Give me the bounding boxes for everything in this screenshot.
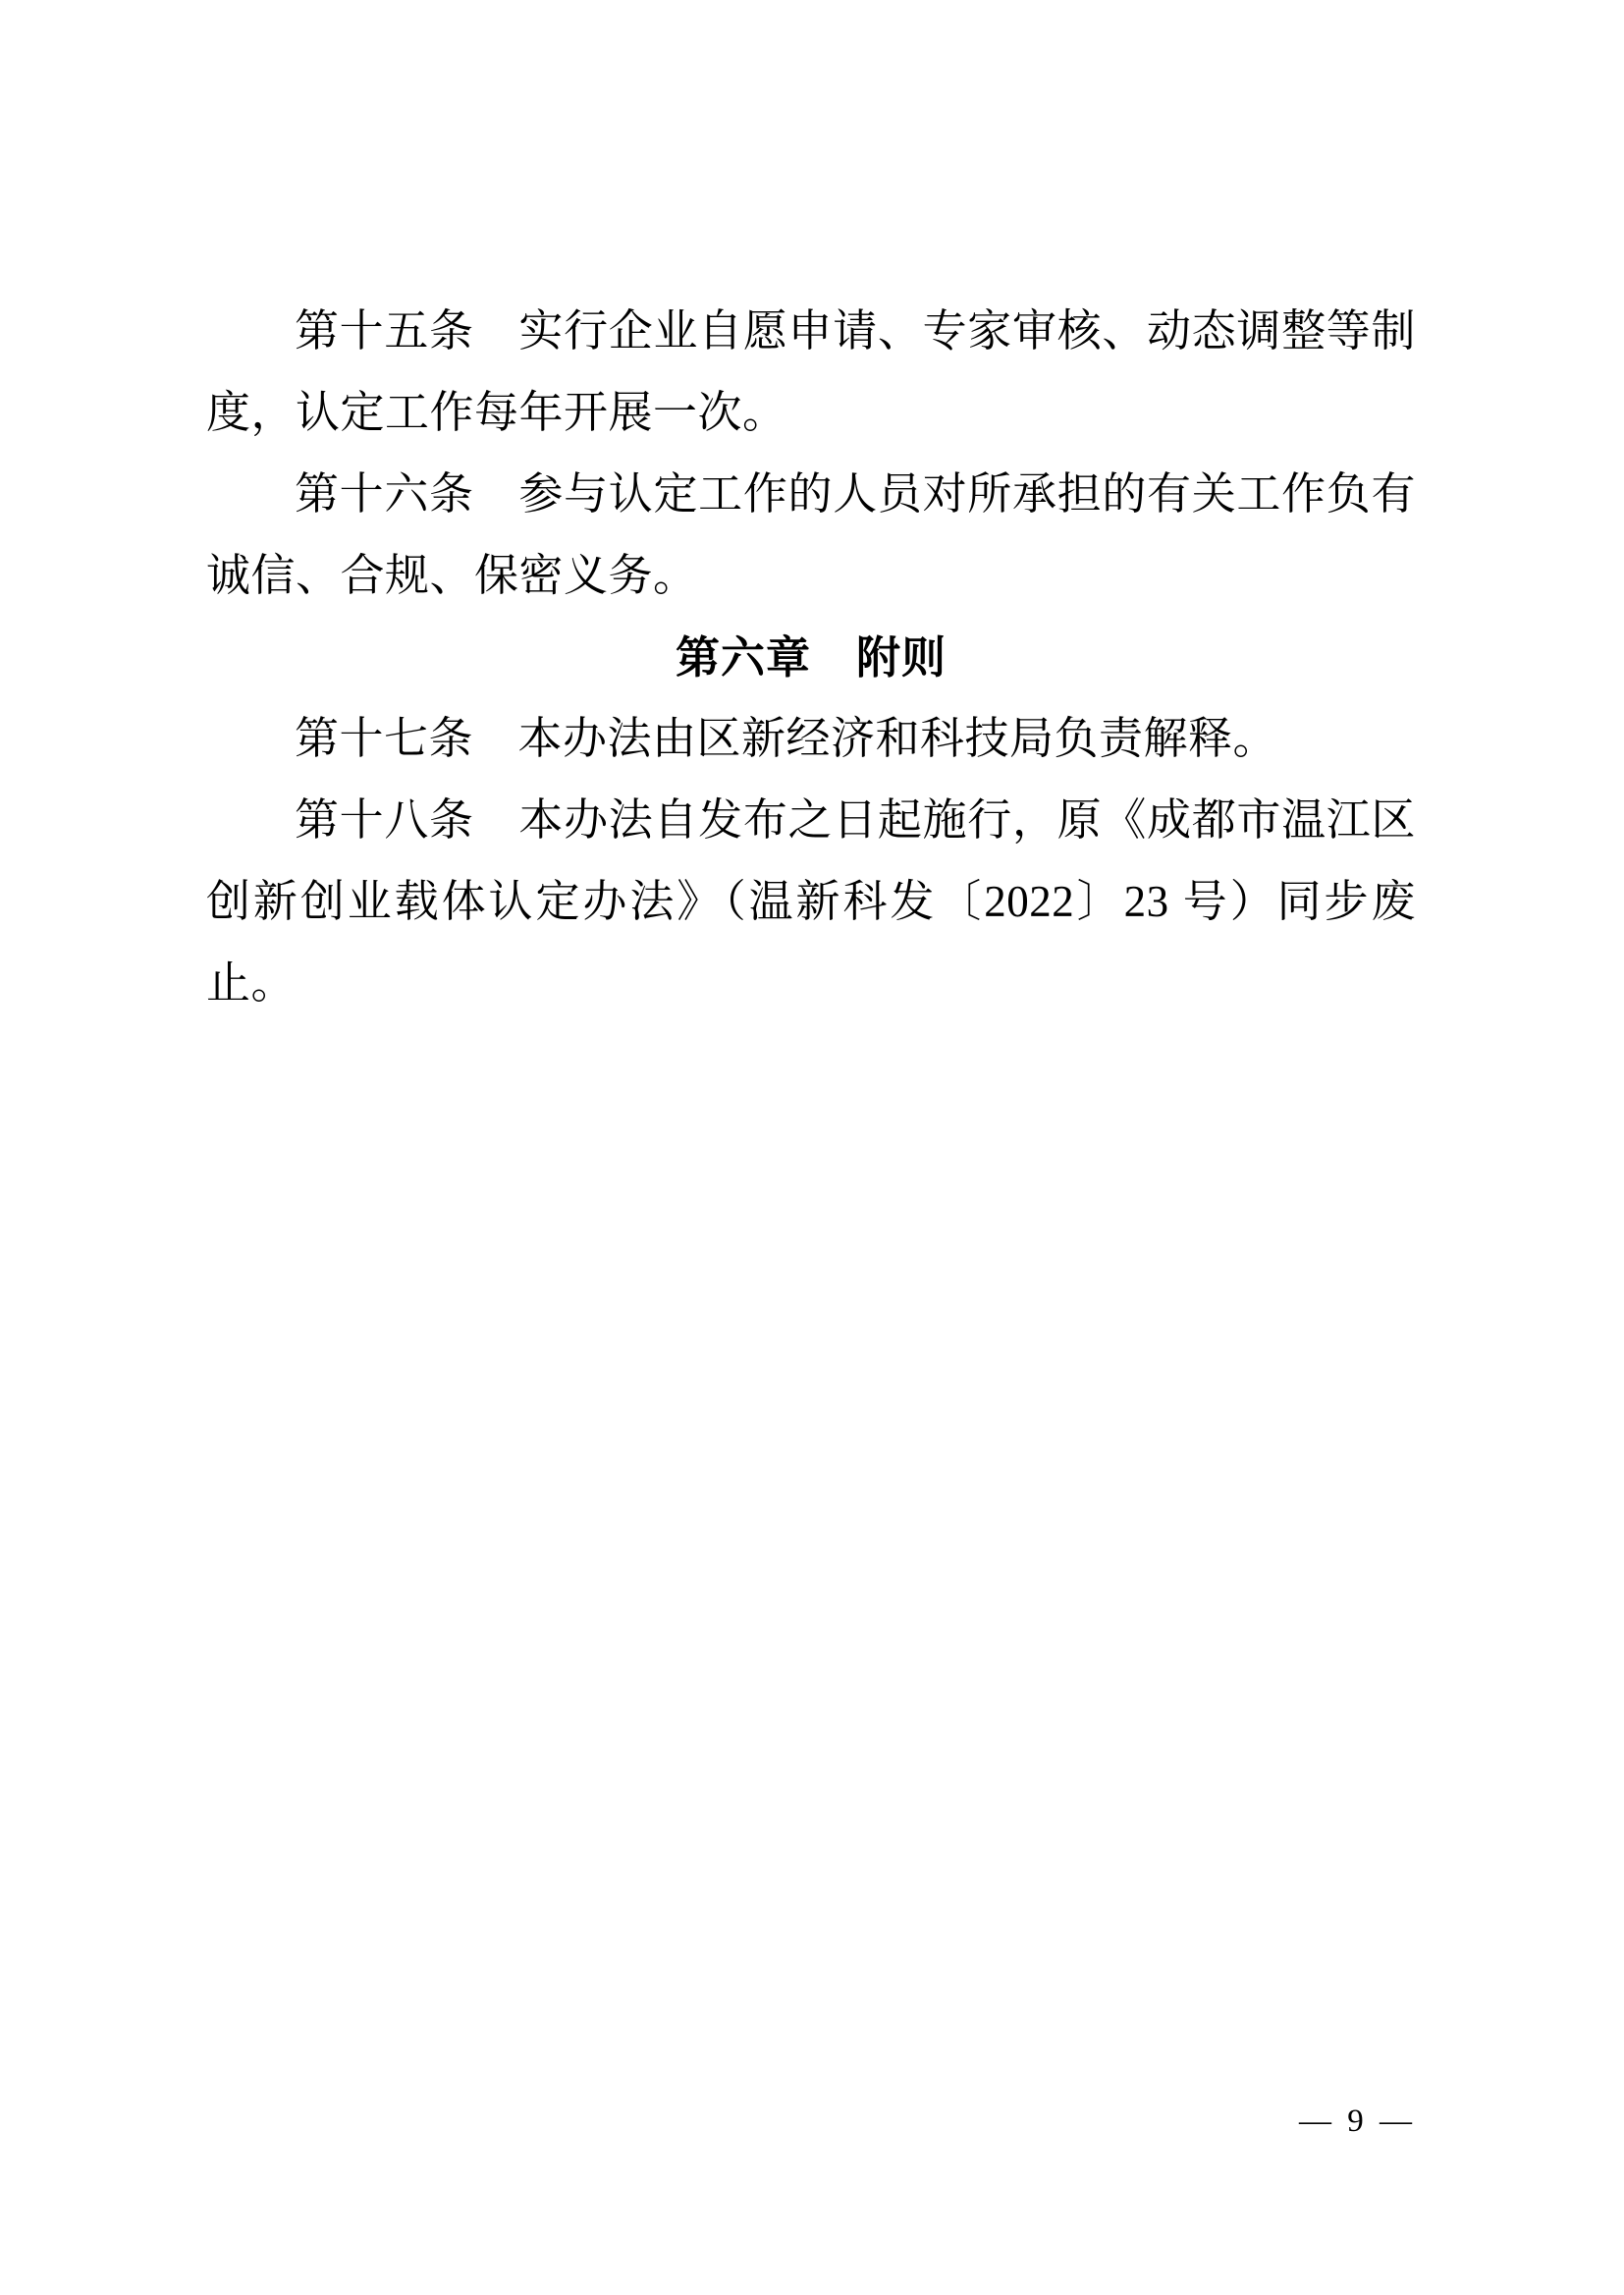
- chapter-6-heading: 第六章 附则: [206, 617, 1416, 698]
- article-16-paragraph: 第十六条 参与认定工作的人员对所承担的有关工作负有诚信、合规、保密义务。: [206, 454, 1416, 617]
- document-page: 第十五条 实行企业自愿申请、专家审核、动态调整等制度，认定工作每年开展一次。 第…: [0, 0, 1624, 2295]
- article-17-paragraph: 第十七条 本办法由区新经济和科技局负责解释。: [206, 698, 1416, 780]
- document-body: 第十五条 实行企业自愿申请、专家审核、动态调整等制度，认定工作每年开展一次。 第…: [206, 291, 1416, 1024]
- article-15-paragraph: 第十五条 实行企业自愿申请、专家审核、动态调整等制度，认定工作每年开展一次。: [206, 291, 1416, 454]
- page-number: — 9 —: [1299, 2102, 1416, 2141]
- article-18-paragraph: 第十八条 本办法自发布之日起施行，原《成都市温江区创新创业载体认定办法》（温新科…: [206, 780, 1416, 1024]
